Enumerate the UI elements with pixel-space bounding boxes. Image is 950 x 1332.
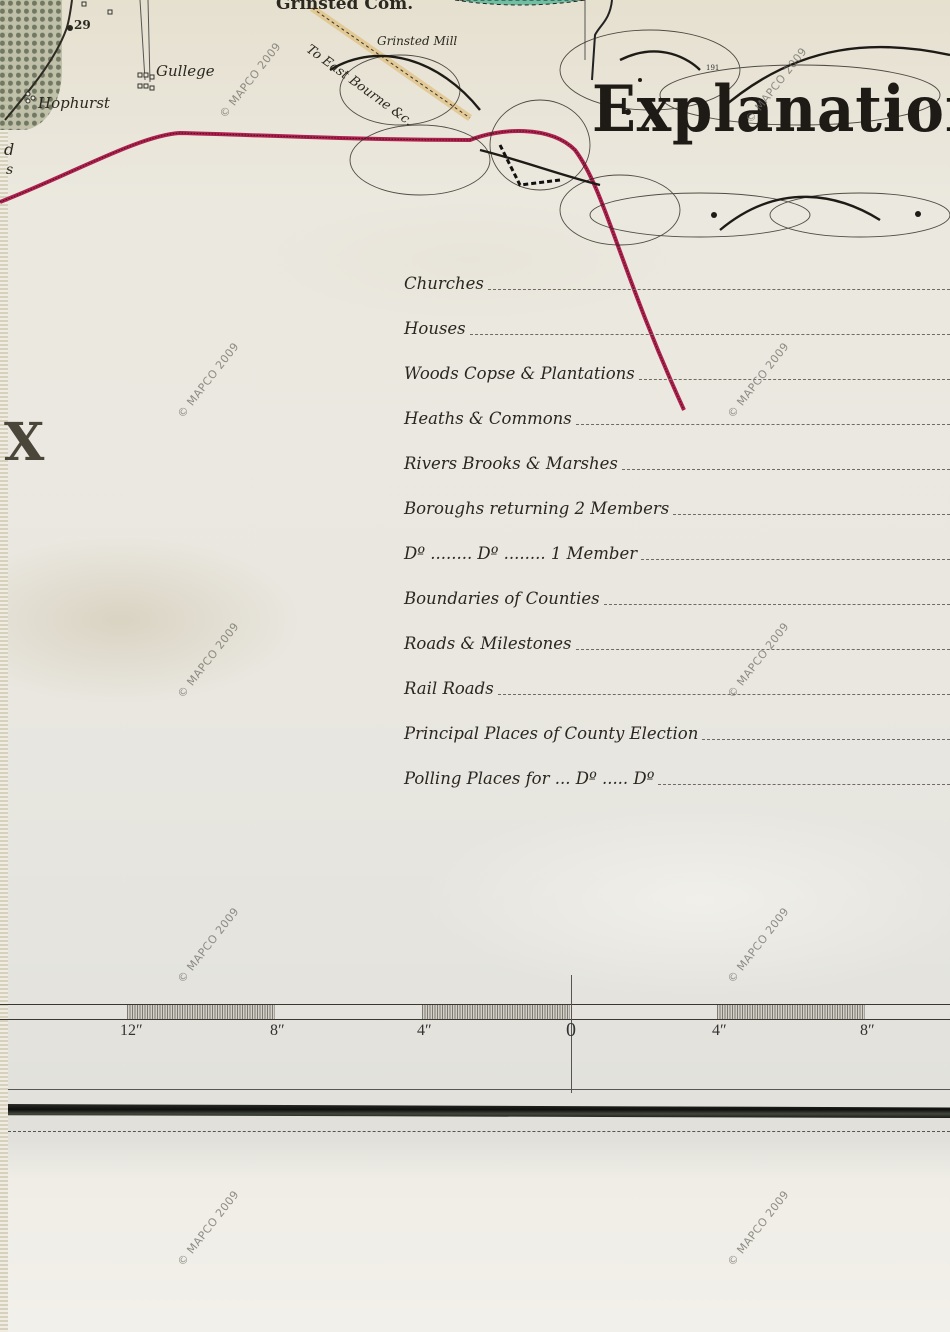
scale-tick: 8″ bbox=[270, 1022, 285, 1040]
scale-segment bbox=[127, 1005, 275, 1019]
legend-item-churches: Churches bbox=[404, 266, 950, 294]
leader-dashes bbox=[702, 739, 950, 740]
legend-label: Boundaries of Counties bbox=[404, 589, 604, 609]
legend-item-polling-places: Polling Places for ... Dº ..... Dº bbox=[404, 744, 950, 789]
county-letter: X bbox=[4, 412, 44, 473]
scale-segment bbox=[717, 1005, 865, 1019]
scale-tick: 4″ bbox=[417, 1022, 432, 1040]
place-hophurst: Hophurst bbox=[38, 94, 110, 112]
place-label: Grinsted Com. bbox=[276, 0, 413, 14]
legend-item-boroughs-1: Dº ........ Dº ........ 1 Member bbox=[404, 519, 950, 564]
leader-dashes bbox=[576, 424, 950, 425]
place-grinsted-mill: Grinsted Mill bbox=[377, 34, 457, 48]
legend-item-railroads: Rail Roads bbox=[404, 654, 950, 699]
legend: Churches Houses Woods Copse & Plantation… bbox=[404, 266, 950, 789]
legend-item-woods: Woods Copse & Plantations bbox=[404, 339, 950, 384]
legend-label: Boroughs returning 2 Members bbox=[404, 499, 673, 519]
leader-dashes bbox=[488, 289, 950, 290]
leader-dashes bbox=[498, 694, 950, 695]
legend-item-election-places: Principal Places of County Election bbox=[404, 699, 950, 744]
leader-dashes bbox=[658, 784, 950, 785]
scale-tick: 8″ bbox=[860, 1022, 875, 1040]
legend-item-rivers: Rivers Brooks & Marshes bbox=[404, 429, 950, 474]
leader-dashes bbox=[622, 469, 950, 470]
legend-label: Churches bbox=[404, 274, 488, 294]
grid-number: 191 bbox=[706, 64, 719, 72]
border-line bbox=[8, 1131, 950, 1132]
place-grinsted-common: Grinsted Com. bbox=[276, 0, 413, 14]
legend-label: Heaths & Commons bbox=[404, 409, 576, 429]
legend-item-boroughs-2: Boroughs returning 2 Members bbox=[404, 474, 950, 519]
leader-dashes bbox=[673, 514, 950, 515]
place-gullege: Gullege bbox=[156, 62, 215, 80]
scale-segment bbox=[422, 1005, 570, 1019]
legend-label: Roads & Milestones bbox=[404, 634, 576, 654]
legend-item-heaths: Heaths & Commons bbox=[404, 384, 950, 429]
scale-tick: 0 bbox=[566, 1019, 576, 1042]
edge-fragment-d: d bbox=[4, 140, 14, 159]
edge-fragment-s: s bbox=[6, 162, 13, 178]
border-line bbox=[8, 1089, 950, 1090]
legend-label: Rivers Brooks & Marshes bbox=[404, 454, 622, 474]
legend-label: Houses bbox=[404, 319, 470, 339]
leader-dashes bbox=[639, 379, 950, 380]
paper-left-edge bbox=[0, 0, 8, 1332]
leader-dashes bbox=[604, 604, 950, 605]
legend-item-roads: Roads & Milestones bbox=[404, 609, 950, 654]
legend-label: Woods Copse & Plantations bbox=[404, 364, 639, 384]
leader-dashes bbox=[641, 559, 950, 560]
legend-label: Principal Places of County Election bbox=[404, 724, 702, 744]
legend-item-boundaries: Boundaries of Counties bbox=[404, 564, 950, 609]
legend-item-houses: Houses bbox=[404, 294, 950, 339]
scale-bottom-line bbox=[0, 1019, 950, 1020]
legend-label: Polling Places for ... Dº ..... Dº bbox=[404, 769, 658, 789]
legend-label: Dº ........ Dº ........ 1 Member bbox=[404, 544, 641, 564]
leader-dashes bbox=[470, 334, 950, 335]
place-label: Grinsted Mill bbox=[377, 34, 457, 48]
milestone-number: 29 bbox=[74, 18, 91, 32]
scale-tick: 12″ bbox=[120, 1022, 143, 1040]
legend-label: Rail Roads bbox=[404, 679, 498, 699]
place-label: Hophurst bbox=[38, 94, 110, 112]
place-label: Gullege bbox=[156, 62, 215, 80]
scale-tick: 4″ bbox=[712, 1022, 727, 1040]
